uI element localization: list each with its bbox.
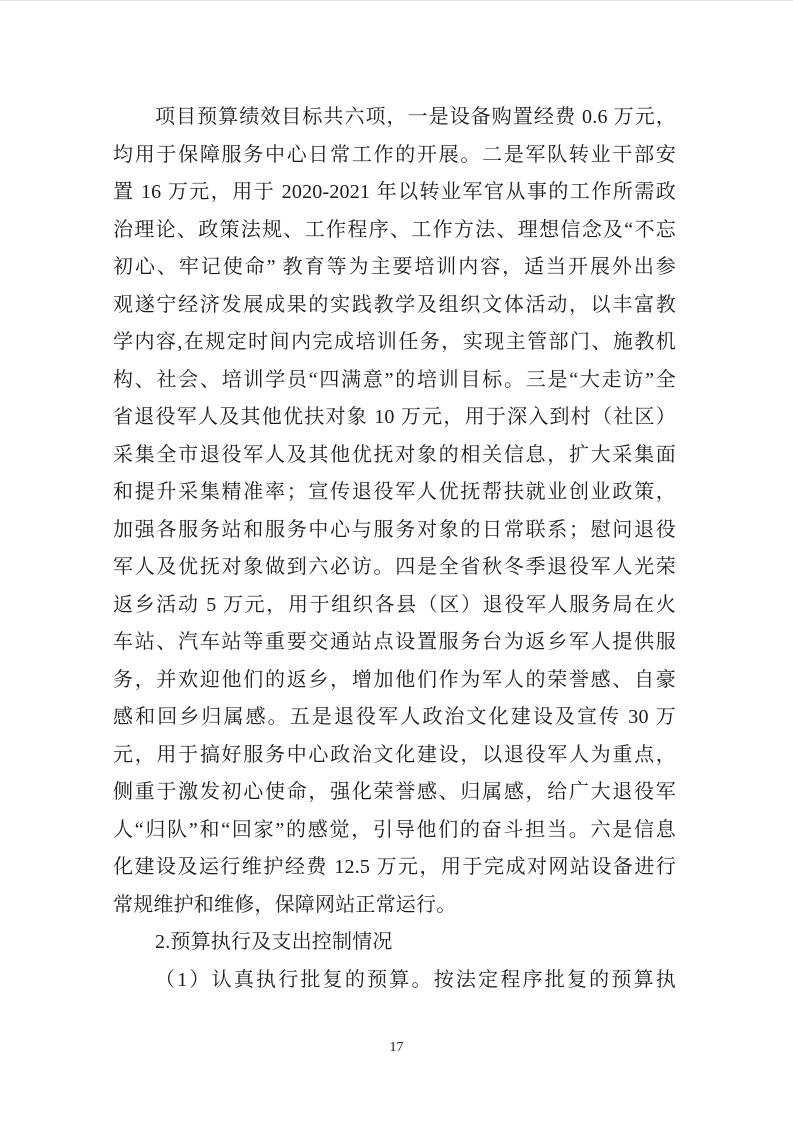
text-line: 加强各服务站和服务中心与服务对象的日常联系；慰问退役 xyxy=(113,512,676,550)
body-text: 项目预算绩效目标共六项，一是设备购置经费 0.6 万元， 均用于保障服务中心日常… xyxy=(113,99,676,999)
text-line: 治理论、政策法规、工作程序、工作方法、理想信念及“不忘 xyxy=(113,212,676,250)
document-page: 项目预算绩效目标共六项，一是设备购置经费 0.6 万元， 均用于保障服务中心日常… xyxy=(0,0,793,1122)
text-line: 和提升采集精准率；宣传退役军人优抚帮扶就业创业政策， xyxy=(113,474,676,512)
section-heading: 2.预算执行及支出控制情况 xyxy=(113,924,676,962)
text-line: 构、社会、培训学员“四满意”的培训目标。三是“大走访”全 xyxy=(113,362,676,400)
text-line: 学内容,在规定时间内完成培训任务，实现主管部门、施教机 xyxy=(113,324,676,362)
text-line: 初心、牢记使命” 教育等为主要培训内容，适当开展外出参 xyxy=(113,249,676,287)
text-line: 元，用于搞好服务中心政治文化建设，以退役军人为重点， xyxy=(113,737,676,775)
text-line: （1）认真执行批复的预算。按法定程序批复的预算执 xyxy=(113,962,676,1000)
text-line: 项目预算绩效目标共六项，一是设备购置经费 0.6 万元， xyxy=(113,99,676,137)
text-line: 置 16 万元，用于 2020-2021 年以转业军官从事的工作所需政 xyxy=(113,174,676,212)
text-line: 观遂宁经济发展成果的实践教学及组织文体活动，以丰富教 xyxy=(113,287,676,325)
page-number: 17 xyxy=(0,1038,793,1058)
text-line: 返乡活动 5 万元，用于组织各县（区）退役军人服务局在火 xyxy=(113,587,676,625)
page-top-edge xyxy=(0,0,793,1)
text-line: 均用于保障服务中心日常工作的开展。二是军队转业干部安 xyxy=(113,137,676,175)
text-line: 采集全市退役军人及其他优抚对象的相关信息，扩大采集面 xyxy=(113,437,676,475)
text-line: 军人及优抚对象做到六必访。四是全省秋冬季退役军人光荣 xyxy=(113,549,676,587)
text-line: 感和回乡归属感。五是退役军人政治文化建设及宣传 30 万 xyxy=(113,699,676,737)
text-line: 务，并欢迎他们的返乡，增加他们作为军人的荣誉感、自豪 xyxy=(113,662,676,700)
text-line: 车站、汽车站等重要交通站点设置服务台为返乡军人提供服 xyxy=(113,624,676,662)
text-line: 省退役军人及其他优扶对象 10 万元，用于深入到村（社区） xyxy=(113,399,676,437)
text-line: 化建设及运行维护经费 12.5 万元，用于完成对网站设备进行 xyxy=(113,849,676,887)
text-line: 人“归队”和“回家”的感觉，引导他们的奋斗担当。六是信息 xyxy=(113,812,676,850)
text-line: 侧重于激发初心使命，强化荣誉感、归属感，给广大退役军 xyxy=(113,774,676,812)
text-line: 常规维护和维修，保障网站正常运行。 xyxy=(113,887,676,925)
